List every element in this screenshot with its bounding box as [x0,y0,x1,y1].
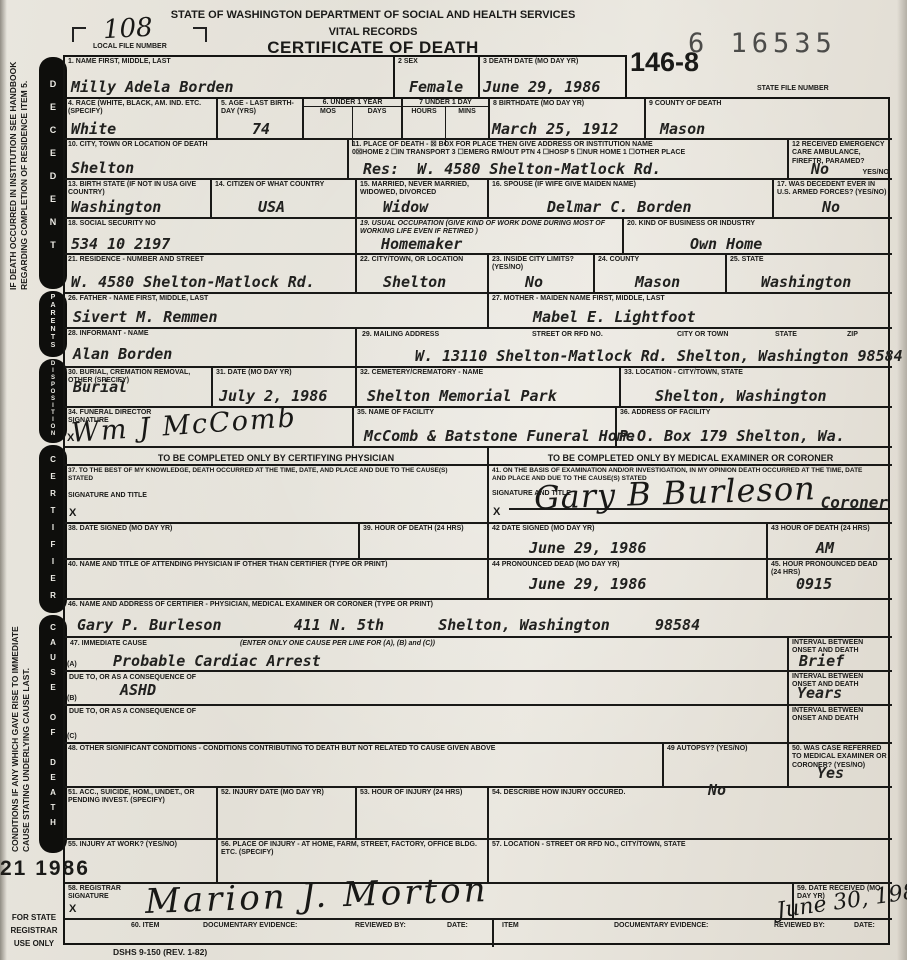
field-45-hour-pronounced: 45. HOUR PRONOUNCED DEAD (24 HRS) 0915 [766,558,892,598]
interval-a: INTERVAL BETWEEN ONSET AND DEATH Brief [787,636,892,670]
field-23-value: No [525,275,543,290]
field-8-birthdate: 8 BIRTHDATE (MO DAY YR) March 25, 1912 [488,99,644,138]
cause-b-row: DUE TO, OR AS A CONSEQUENCE OF (B) ASHD [65,670,787,704]
field-13-value: Washington [71,200,161,215]
field-4-race: 4. RACE (WHITE, BLACK, AM. IND. ETC. (SP… [65,99,216,138]
field-39-hour-of-death: 39. HOUR OF DEATH (24 HRS) [358,522,487,558]
field-2-value: Female [409,80,463,95]
field-22-residence-city: 22. CITY/TOWN, OR LOCATION Shelton [355,253,487,292]
field-18-ssn: 18. SOCIAL SECURITY NO 534 10 2197 [65,217,355,253]
registrar-use-label: FOR STATE REGISTRAR USE ONLY [6,912,62,950]
field-23-inside-city-limits: 23. INSIDE CITY LIMITS? (YES/NO) No [487,253,593,292]
field-19-occupation: 19. USUAL OCCUPATION (GIVE KIND OF WORK … [355,217,622,253]
field-15-marital-status: 15. MARRIED, NEVER MARRIED, WIDOWED, DIV… [355,178,487,217]
margin-note-conditions: CONDITIONS IF ANY WHICH GAVE RISE TO IMM… [10,602,31,852]
field-11-value: Res: W. 4580 Shelton-Matlock Rd. [363,162,661,177]
cause-c-tag: (C) [67,733,77,740]
field-12-yesno: YES/NO [863,169,889,176]
field-8-value: March 25, 1912 [492,122,618,137]
field-16-value: Delmar C. Borden [547,200,692,215]
field-60-item-label: 60. ITEM [131,922,159,929]
section-header-physician: TO BE COMPLETED ONLY BY CERTIFYING PHYSI… [65,446,487,464]
form-grid: 4. RACE (WHITE, BLACK, AM. IND. ETC. (SP… [63,97,890,945]
field-2-sex: 2 SEX Female [395,55,480,99]
field-15-value: Widow [383,200,428,215]
field-26-father: 26. FATHER - NAME FIRST, MIDDLE, LAST Si… [65,292,487,327]
field-25-value: Washington [761,275,851,290]
field-19-value: Homemaker [381,237,462,252]
field-10-city-of-death: 10. CITY, TOWN OR LOCATION OF DEATH Shel… [65,138,347,178]
field-58-registrar: 58. REGISTRAR SIGNATURE X Marion J. Mort… [65,882,792,918]
field-43-value: AM [816,541,834,556]
field-49-value: No [708,783,726,798]
field-16-spouse: 16. SPOUSE (IF WIFE GIVE MAIDEN NAME) De… [487,178,772,217]
field-27-value: Mabel E. Lightfoot [533,310,696,325]
field-41-x-mark: X [493,506,500,518]
field-14-citizen: 14. CITIZEN OF WHAT COUNTRY USA [210,178,355,217]
form-number: DSHS 9-150 (REV. 1-82) [113,947,207,957]
field-53-injury-hour: 53. HOUR OF INJURY (24 HRS) [355,786,487,838]
field-37-physician-statement: 37. TO THE BEST OF MY KNOWLEDGE, DEATH O… [65,464,487,522]
margin-note-institution: IF DEATH OCCURRED IN INSTITUTION SEE HAN… [8,58,29,290]
field-14-value: USA [258,200,285,215]
field-11-options: 0☒HOME 2 ☐IN TRANSPORT 3 ☐EMERG RM/OUT P… [349,149,787,158]
field-17-armed-forces: 17. WAS DECEDENT EVER IN U.S. ARMED FORC… [772,178,892,217]
field-24-value: Mason [635,275,680,290]
field-50-referred-to-me: 50. WAS CASE REFERRED TO MEDICAL EXAMINE… [787,742,892,786]
field-27-mother: 27. MOTHER - MAIDEN NAME FIRST, MIDDLE, … [487,292,892,327]
field-5-age: 5. AGE - LAST BIRTH-DAY (YRS) 74 [216,99,302,138]
field-3-death-date: 3 DEATH DATE (MO DAY YR) June 29, 1986 [480,55,627,99]
field-25-residence-state: 25. STATE Washington [725,253,892,292]
field-58-x-mark: X [69,903,76,915]
field-22-value: Shelton [383,275,446,290]
cause-a-value: Probable Cardiac Arrest [113,654,321,669]
field-3-value: June 29, 1986 [483,80,600,95]
field-35-value: McComb & Batstone Funeral Home [364,429,635,444]
section-header-coroner: TO BE COMPLETED ONLY BY MEDICAL EXAMINER… [487,446,892,464]
state-file-number-label: STATE FILE NUMBER [757,85,829,92]
field-57-injury-location: 57. LOCATION - STREET OR RFD NO., CITY/T… [487,838,892,882]
field-49-autopsy: 49 AUTOPSY? (YES/NO) No [662,742,787,786]
field-2-label: 2 SEX [395,57,478,67]
field-59-date-received: 59. DATE RECEIVED (MO DAY YR) June 30, 1… [792,882,892,918]
field-43-hour-of-death: 43 HOUR OF DEATH (24 HRS) AM [766,522,892,558]
field-40-attending-physician: 40. NAME AND TITLE OF ATTENDING PHYSICIA… [65,558,487,598]
field-60-left: 60. ITEM DOCUMENTARY EVIDENCE: REVIEWED … [65,918,492,947]
field-37-signature-title-label: SIGNATURE AND TITLE [68,492,147,499]
field-6-under-1-year: 6. UNDER 1 YEAR MOS DAYS [302,99,401,138]
field-45-value: 0915 [796,577,832,592]
field-12-emergency-care: 12 RECEIVED EMERGENCY CARE AMBULANCE, FI… [787,138,892,178]
field-1-name: 1. NAME FIRST, MIDDLE, LAST Milly Adela … [63,55,395,99]
field-52-injury-date: 52. INJURY DATE (MO DAY YR) [216,786,355,838]
field-20-industry: 20. KIND OF BUSINESS OR INDUSTRY Own Hom… [622,217,892,253]
field-29-sub-zip: ZIP [847,331,858,338]
field-18-value: 534 10 2197 [71,237,170,252]
field-29-sub-city: CITY OR TOWN [677,331,728,338]
field-46-value: Gary P. Burleson 411 N. 5th Shelton, Was… [77,618,700,633]
field-9-value: Mason [660,122,705,137]
field-24-residence-county: 24. COUNTY Mason [593,253,725,292]
interval-a-value: Brief [799,654,844,669]
field-20-value: Own Home [690,237,762,252]
file-code: 146-8 [630,47,699,78]
field-37-x-mark: X [69,507,76,519]
field-42-date-signed: 42 DATE SIGNED (MO DAY YR) June 29, 1986 [487,522,766,558]
state-file-number-stamp: 6 16535 [688,28,837,59]
field-17-value: No [822,200,840,215]
field-30-disposition-type: 30. BURIAL, CREMATION REMOVAL, OTHER (SP… [65,366,211,406]
field-54-injury-description: 54. DESCRIBE HOW INJURY OCCURED. [487,786,892,838]
field-60-right: ITEM DOCUMENTARY EVIDENCE: REVIEWED BY: … [492,918,892,947]
interval-b: INTERVAL BETWEEN ONSET AND DEATH Years [787,670,892,704]
field-48-other-conditions: 48. OTHER SIGNIFICANT CONDITIONS - CONDI… [65,742,662,786]
field-5-value: 74 [252,122,270,137]
field-31-disposition-date: 31. DATE (MO DAY YR) July 2, 1986 [211,366,355,406]
interval-b-value: Years [797,686,842,701]
field-34-funeral-director: 34. FUNERAL DIRECTOR SIGNATURE X Wm J Mc… [65,406,352,446]
field-33-cemetery-location: 33. LOCATION - CITY/TOWN, STATE Shelton,… [619,366,892,406]
field-47-immediate-cause: 47. IMMEDIATE CAUSE (ENTER ONLY ONE CAUS… [65,636,787,670]
field-4-value: White [71,122,116,137]
death-certificate: 108 LOCAL FILE NUMBER STATE OF WASHINGTO… [0,0,907,960]
coroner-title: Coroner [821,495,888,511]
field-7-under-1-day: 7 UNDER 1 DAY HOURS MINS [401,99,488,138]
field-1-value: Milly Adela Borden [71,80,234,95]
field-12-value: No [811,162,829,177]
interval-c: INTERVAL BETWEEN ONSET AND DEATH [787,704,892,742]
field-51-manner: 51. ACC., SUICIDE, HOM., UNDET., OR PEND… [65,786,216,838]
field-35-facility-name: 35. NAME OF FACILITY McComb & Batstone F… [352,406,615,446]
cause-a-tag: (A) [67,661,77,668]
field-44-value: June 29, 1986 [529,577,646,592]
field-13-birth-state: 13. BIRTH STATE (IF NOT IN USA GIVE COUN… [65,178,210,217]
cause-c-row: DUE TO, OR AS A CONSEQUENCE OF (C) [65,704,787,742]
field-41-coroner-statement: 41. ON THE BASIS OF EXAMINATION AND/OR I… [487,464,892,522]
field-42-value: June 29, 1986 [529,541,646,556]
field-29-value: W. 13110 Shelton-Matlock Rd. Shelton, Wa… [415,349,903,364]
field-21-value: W. 4580 Shelton-Matlock Rd. [71,275,315,290]
field-31-value: July 2, 1986 [219,389,327,404]
field-44-pronounced-dead: 44 PRONOUNCED DEAD (MO DAY YR) June 29, … [487,558,766,598]
cause-b-value: ASHD [120,683,156,698]
agency-title: STATE OF WASHINGTON DEPARTMENT OF SOCIAL… [63,9,683,21]
field-38-date-signed: 38. DATE SIGNED (MO DAY YR) [65,522,358,558]
field-28-value: Alan Borden [73,347,172,362]
field-26-value: Sivert M. Remmen [73,310,218,325]
cause-b-tag: (B) [67,695,77,702]
field-29-sub-street: STREET OR RFD NO. [532,331,603,338]
field-3-label: 3 DEATH DATE (MO DAY YR) [480,57,625,67]
field-11-place-of-death: 11. PLACE OF DEATH - ☒ BOX FOR PLACE THE… [347,138,787,178]
field-10-value: Shelton [71,161,134,176]
field-36-value: P.O. Box 179 Shelton, Wa. [619,429,845,444]
field-33-value: Shelton, Washington [655,389,827,404]
field-29-mailing-address: 29. MAILING ADDRESS STREET OR RFD NO. CI… [355,327,892,366]
division-title: VITAL RECORDS [63,26,683,38]
field-60-item2-label: ITEM [502,922,519,929]
field-28-informant: 28. INFORMANT - NAME Alan Borden [65,327,355,366]
field-50-value: Yes [817,766,844,781]
field-32-value: Shelton Memorial Park [367,389,557,404]
field-29-sub-state: STATE [775,331,797,338]
field-36-facility-address: 36. ADDRESS OF FACILITY P.O. Box 179 She… [615,406,892,446]
field-32-cemetery: 32. CEMETERY/CREMATORY - NAME Shelton Me… [355,366,619,406]
field-1-label: 1. NAME FIRST, MIDDLE, LAST [65,57,393,67]
field-9-county-of-death: 9 COUNTY OF DEATH Mason [644,99,892,138]
field-21-residence: 21. RESIDENCE - NUMBER AND STREET W. 458… [65,253,355,292]
field-55-injury-at-work: 55. INJURY AT WORK? (YES/NO) [65,838,216,882]
field-46-certifier: 46. NAME AND ADDRESS OF CERTIFIER - PHYS… [65,598,892,636]
field-30-value: Burial [73,380,127,395]
